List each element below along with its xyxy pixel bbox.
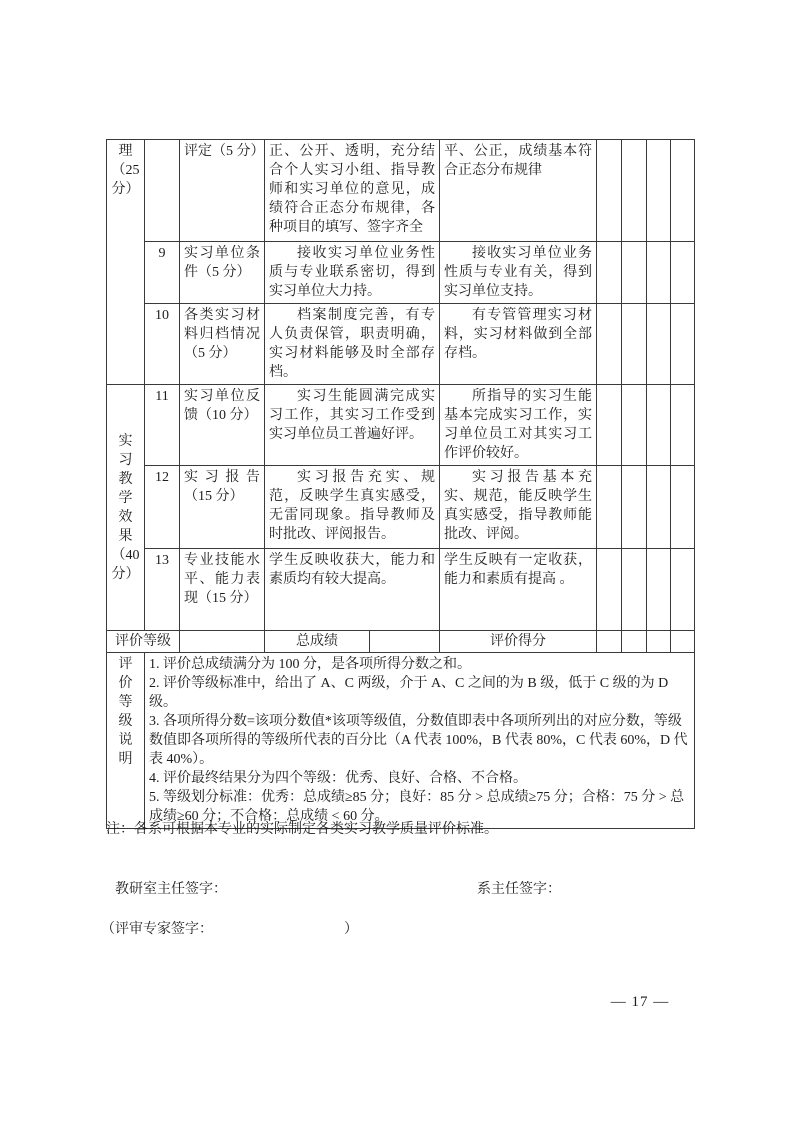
note-item: 3. 各项所得分数=该项分数值*该项等级值，分数值即表中各项所列出的对应分数，等…	[149, 712, 690, 769]
note-item: 4. 评价最终结果分为四个等级：优秀、良好、合格、不合格。	[149, 769, 690, 788]
score-cell	[622, 140, 647, 242]
criteria-c-cell: 接收实习单位业务性质与专业有关，得到实习单位支持。	[440, 242, 597, 304]
notes-row: 评 价 等 级 说 明 1. 评价总成绩满分为 100 分，是各项所得分数之和。…	[107, 653, 695, 829]
score-cell	[622, 304, 647, 385]
total-score-value-cell	[370, 631, 440, 653]
item-name-cell: 实习单位反馈（10 分）	[180, 385, 265, 466]
grade-label-cell: 评价等级	[107, 631, 180, 653]
score-cell	[622, 242, 647, 304]
item-name-cell: 各类实习材料归档情况（5 分）	[180, 304, 265, 385]
row-number-cell	[145, 140, 180, 242]
expert-signature-line: （评审专家签字：）	[101, 921, 358, 939]
score-cell	[671, 304, 695, 385]
score-cell	[622, 466, 647, 549]
signature-teaching-office: 教研室主任签字：	[115, 881, 227, 899]
evaluation-table: 理 （25 分） 评定（5 分） 正、公开、透明，充分结合个人实习小组、指导教师…	[106, 139, 695, 829]
table-row: 理 （25 分） 评定（5 分） 正、公开、透明，充分结合个人实习小组、指导教师…	[107, 140, 695, 242]
score-cell	[647, 385, 671, 466]
score-cell	[671, 140, 695, 242]
table-row: 10 各类实习材料归档情况（5 分） 档案制度完善，有专人负责保管，职责明确，实…	[107, 304, 695, 385]
score-cell	[647, 631, 671, 653]
score-cell	[671, 385, 695, 466]
score-cell	[647, 304, 671, 385]
notes-body-cell: 1. 评价总成绩满分为 100 分，是各项所得分数之和。 2. 评价等级标准中，…	[145, 653, 695, 829]
row-number-cell: 9	[145, 242, 180, 304]
score-cell	[647, 466, 671, 549]
grade-spacer-cell	[180, 631, 265, 653]
score-cell	[671, 466, 695, 549]
grade-row: 评价等级 总成绩 评价得分	[107, 631, 695, 653]
total-score-label-cell: 总成绩	[265, 631, 370, 653]
row-number-cell: 13	[145, 549, 180, 631]
page-number: — 17 —	[598, 993, 682, 1011]
table-row: 13 专业技能水平、能力表现（15 分） 学生反映收获大，能力和素质均有较大提高…	[107, 549, 695, 631]
score-cell	[622, 549, 647, 631]
row-number-cell: 12	[145, 466, 180, 549]
score-cell	[597, 466, 622, 549]
criteria-a-cell: 实习报告充实、规范，反映学生真实感受，无雷同现象。指导教师及时批改、评阅报告。	[265, 466, 440, 549]
item-name-cell: 实习单位条件（5 分）	[180, 242, 265, 304]
category-cell-teaching-effect: 实 习 教 学 效 果 （40 分）	[107, 385, 145, 631]
score-cell	[597, 631, 622, 653]
table-row: 12 实习报告（15 分） 实习报告充实、规范，反映学生真实感受，无雷同现象。指…	[107, 466, 695, 549]
score-cell	[597, 385, 622, 466]
criteria-a-cell: 学生反映收获大，能力和素质均有较大提高。	[265, 549, 440, 631]
criteria-c-cell: 实习报告基本充实、规范，能反映学生真实感受，指导教师能批改、评阅。	[440, 466, 597, 549]
footer-note: 注：各系可根据本专业的实际制定各类实习教学质量评价标准。	[106, 821, 498, 839]
table-row: 实 习 教 学 效 果 （40 分） 11 实习单位反馈（10 分） 实习生能圆…	[107, 385, 695, 466]
score-cell	[597, 549, 622, 631]
criteria-c-cell: 有专管管理实习材料，实习材料做到全部存档。	[440, 304, 597, 385]
score-cell	[647, 549, 671, 631]
score-cell	[597, 140, 622, 242]
score-cell	[597, 242, 622, 304]
row-number-cell: 10	[145, 304, 180, 385]
score-cell	[671, 242, 695, 304]
score-label-cell: 评价得分	[440, 631, 597, 653]
criteria-c-cell: 所指导的实习生能基本完成实习工作，实习单位员工对其实习工作评价较好。	[440, 385, 597, 466]
signature-department: 系主任签字：	[477, 881, 561, 899]
note-item: 1. 评价总成绩满分为 100 分，是各项所得分数之和。	[149, 655, 690, 674]
criteria-a-cell: 接收实习单位业务性质与专业联系密切，得到实习单位大力持。	[265, 242, 440, 304]
score-cell	[671, 631, 695, 653]
expert-signature-label: （评审专家签字：	[101, 922, 206, 937]
criteria-c-cell: 学生反映有一定收获，能力和素质有提高 。	[440, 549, 597, 631]
score-cell	[622, 385, 647, 466]
item-name-cell: 评定（5 分）	[180, 140, 265, 242]
criteria-c-cell: 平、公正，成绩基本符合正态分布规律	[440, 140, 597, 242]
criteria-a-cell: 实习生能圆满完成实习工作，其实习工作受到实习单位员工普遍好评。	[265, 385, 440, 466]
score-cell	[647, 140, 671, 242]
table-row: 9 实习单位条件（5 分） 接收实习单位业务性质与专业联系密切，得到实习单位大力…	[107, 242, 695, 304]
score-cell	[597, 304, 622, 385]
notes-title-cell: 评 价 等 级 说 明	[107, 653, 145, 829]
item-name-cell: 实习报告（15 分）	[180, 466, 265, 549]
criteria-a-cell: 档案制度完善，有专人负责保管，职责明确，实习材料能够及时全部存档。	[265, 304, 440, 385]
score-cell	[647, 242, 671, 304]
item-name-cell: 专业技能水平、能力表现（15 分）	[180, 549, 265, 631]
note-item: 2. 评价等级标准中，给出了 A、C 两级，介于 A、C 之间的为 B 级，低于…	[149, 674, 690, 712]
expert-close-paren: ）	[344, 922, 358, 937]
document-page: 理 （25 分） 评定（5 分） 正、公开、透明，充分结合个人实习小组、指导教师…	[0, 0, 793, 1122]
score-cell	[622, 631, 647, 653]
row-number-cell: 11	[145, 385, 180, 466]
category-cell-management: 理 （25 分）	[107, 140, 145, 385]
criteria-a-cell: 正、公开、透明，充分结合个人实习小组、指导教师和实习单位的意见，成绩符合正态分布…	[265, 140, 440, 242]
score-cell	[671, 549, 695, 631]
